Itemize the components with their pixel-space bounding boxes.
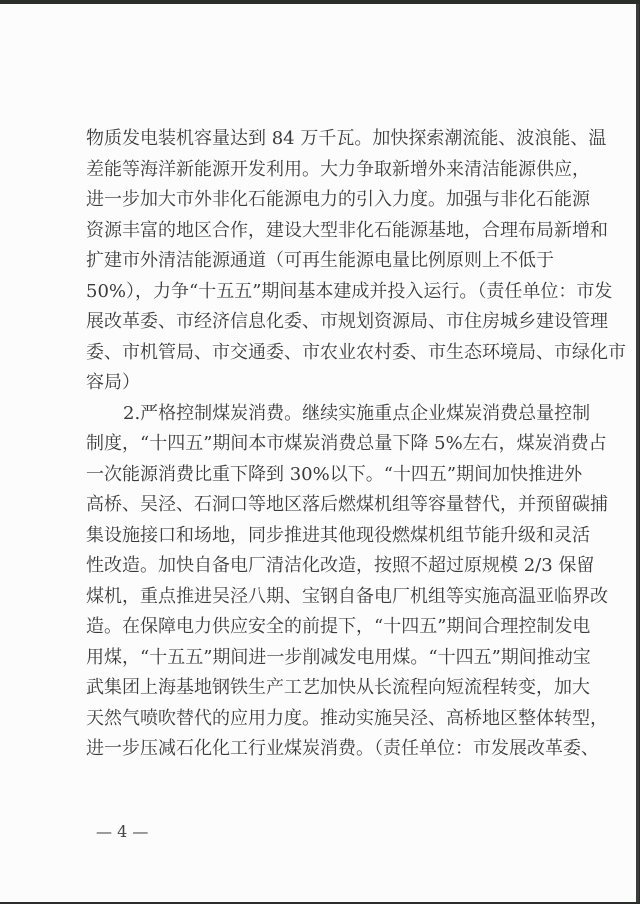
scan-artifact-dot [520,412,522,414]
text-line: 煤机，重点推进吴泾八期、宝钢自备电厂机组等实施高温亚临界改 [86,582,566,613]
text-line: 天然气喷吹替代的应用力度。推动实施吴泾、高桥地区整体转型， [86,704,566,735]
text-line: 用煤，“十五五”期间进一步削减发电用煤。“十四五”期间推动宝 [86,643,566,674]
text-line: 扩建市外清洁能源通道（可再生能源电量比例原则上不低于 [86,246,566,277]
text-line: 委、市机管局、市交通委、市农业农村委、市生态环境局、市绿化市 [86,338,566,369]
text-line: 制度，“十四五”期间本市煤炭消费总量下降 5%左右，煤炭消费占 [86,429,566,460]
text-line: 一次能源消费比重下降到 30%以下。“十四五”期间加快推进外 [86,460,566,491]
text-line: 50%），力争“十五五”期间基本建成并投入运行。（责任单位：市发 [86,277,566,308]
text-line: 进一步压减石化化工行业煤炭消费。（责任单位：市发展改革委、 [86,734,566,765]
text-line: 集设施接口和场地，同步推进其他现役燃煤机组节能升级和灵活 [86,521,566,552]
text-line: 进一步加大市外非化石能源电力的引入力度。加强与非化石能源 [86,185,566,216]
text-line: 高桥、吴泾、石洞口等地区落后燃煤机组等容量替代，并预留碳捕 [86,490,566,521]
section-heading-line: 2.严格控制煤炭消费。继续实施重点企业煤炭消费总量控制 [86,399,566,430]
document-body: 物质发电装机容量达到 84 万千瓦。加快探索潮流能、波浪能、温 差能等海洋新能源… [86,124,566,765]
text-line: 物质发电装机容量达到 84 万千瓦。加快探索潮流能、波浪能、温 [86,124,566,155]
text-line: 展改革委、市经济信息化委、市规划资源局、市住房城乡建设管理 [86,307,566,338]
text-line: 造。在保障电力供应安全的前提下，“十四五”期间合理控制发电 [86,612,566,643]
text-line: 性改造。加快自备电厂清洁化改造，按照不超过原规模 2/3 保留 [86,551,566,582]
text-line: 武集团上海基地钢铁生产工艺加快从长流程向短流程转变，加大 [86,673,566,704]
text-line: 资源丰富的地区合作，建设大型非化石能源基地，合理布局新增和 [86,216,566,247]
text-line: 容局） [86,368,566,399]
text-line: 差能等海洋新能源开发利用。大力争取新增外来清洁能源供应， [86,155,566,186]
page-number: — 4 — [96,822,148,841]
document-page: 物质发电装机容量达到 84 万千瓦。加快探索潮流能、波浪能、温 差能等海洋新能源… [0,4,639,902]
